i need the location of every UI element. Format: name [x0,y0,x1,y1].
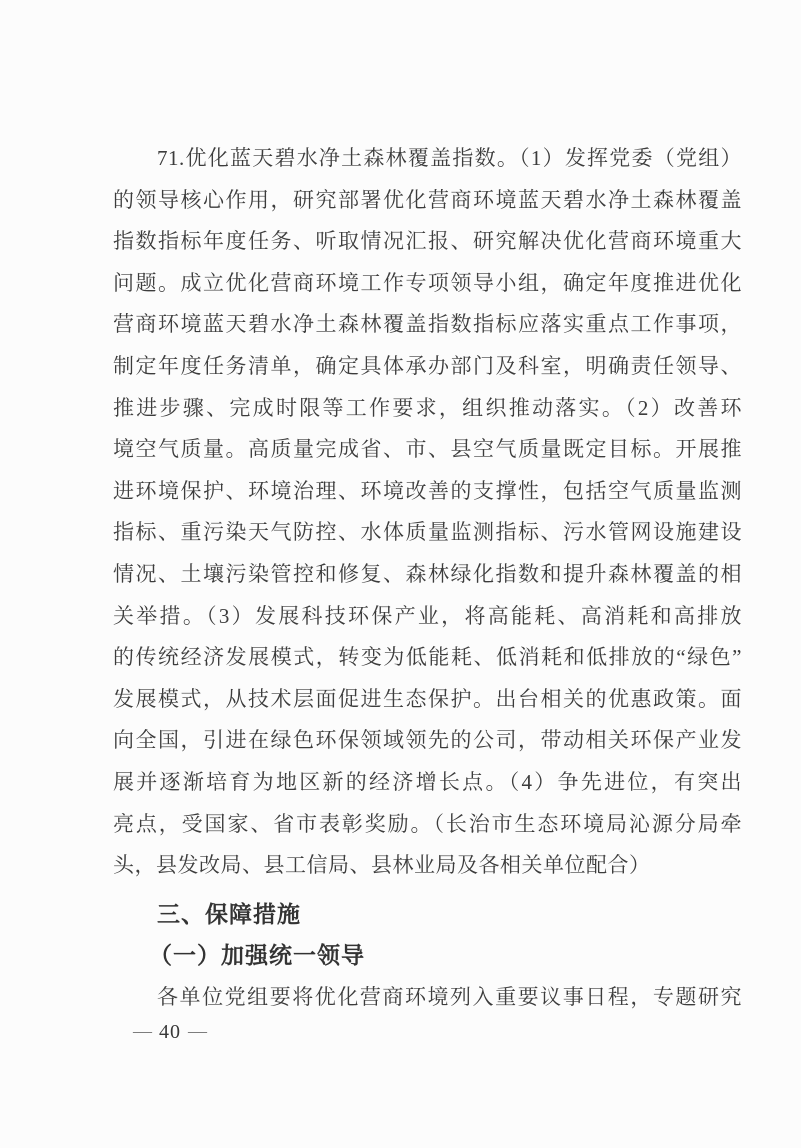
text-line: 头，县发改局、县工信局、县林业局及各相关单位配合） [113,845,742,887]
document-page: 71.优化蓝天碧水净土森林覆盖指数。（1）发挥党委（党组） 的领导核心作用，研究… [0,0,801,1148]
text-line: 71.优化蓝天碧水净土森林覆盖指数。（1）发挥党委（党组） [113,138,742,180]
text-line: 向全国，引进在绿色环保领域领先的公司，带动相关环保产业发 [113,720,742,762]
text-line: 推进步骤、完成时限等工作要求，组织推动落实。（2）改善环 [113,388,742,430]
text-line: 发展模式，从技术层面促进生态保护。出台相关的优惠政策。面 [113,679,742,721]
text-line: 境空气质量。高质量完成省、市、县空气质量既定目标。开展推 [113,429,742,471]
document-body: 71.优化蓝天碧水净土森林覆盖指数。（1）发挥党委（党组） 的领导核心作用，研究… [113,138,742,1018]
page-number: 40 [159,1018,181,1046]
text-line: 关举措。（3）发展科技环保产业，将高能耗、高消耗和高排放 [113,596,742,638]
text-line: 进环境保护、环境治理、环境改善的支撑性，包括空气质量监测 [113,471,742,513]
text-line: 指数指标年度任务、听取情况汇报、研究解决优化营商环境重大 [113,221,742,263]
text-line: 亮点，受国家、省市表彰奖励。（长治市生态环境局沁源分局牵 [113,804,742,846]
text-line: 展并逐渐培育为地区新的经济增长点。（4）争先进位，有突出 [113,762,742,804]
footer-dash-right: — [181,1018,214,1046]
text-line: 的传统经济发展模式，转变为低能耗、低消耗和低排放的“绿色” [113,637,742,679]
page-footer: — 40 — [126,1018,214,1046]
text-line: 的领导核心作用，研究部署优化营商环境蓝天碧水净土森林覆盖 [113,180,742,222]
text-line: 问题。成立优化营商环境工作专项领导小组，确定年度推进优化 [113,263,742,305]
text-line: 各单位党组要将优化营商环境列入重要议事日程，专题研究 [113,977,742,1019]
section-heading: 三、保障措施 [113,894,742,936]
text-line: 制定年度任务清单，确定具体承办部门及科室，明确责任领导、 [113,346,742,388]
subsection-heading: （一）加强统一领导 [113,935,742,977]
footer-dash-left: — [126,1018,159,1046]
text-line: 指标、重污染天气防控、水体质量监测指标、污水管网设施建设 [113,512,742,554]
text-line: 情况、土壤污染管控和修复、森林绿化指数和提升森林覆盖的相 [113,554,742,596]
text-line: 营商环境蓝天碧水净土森林覆盖指数指标应落实重点工作事项， [113,304,742,346]
